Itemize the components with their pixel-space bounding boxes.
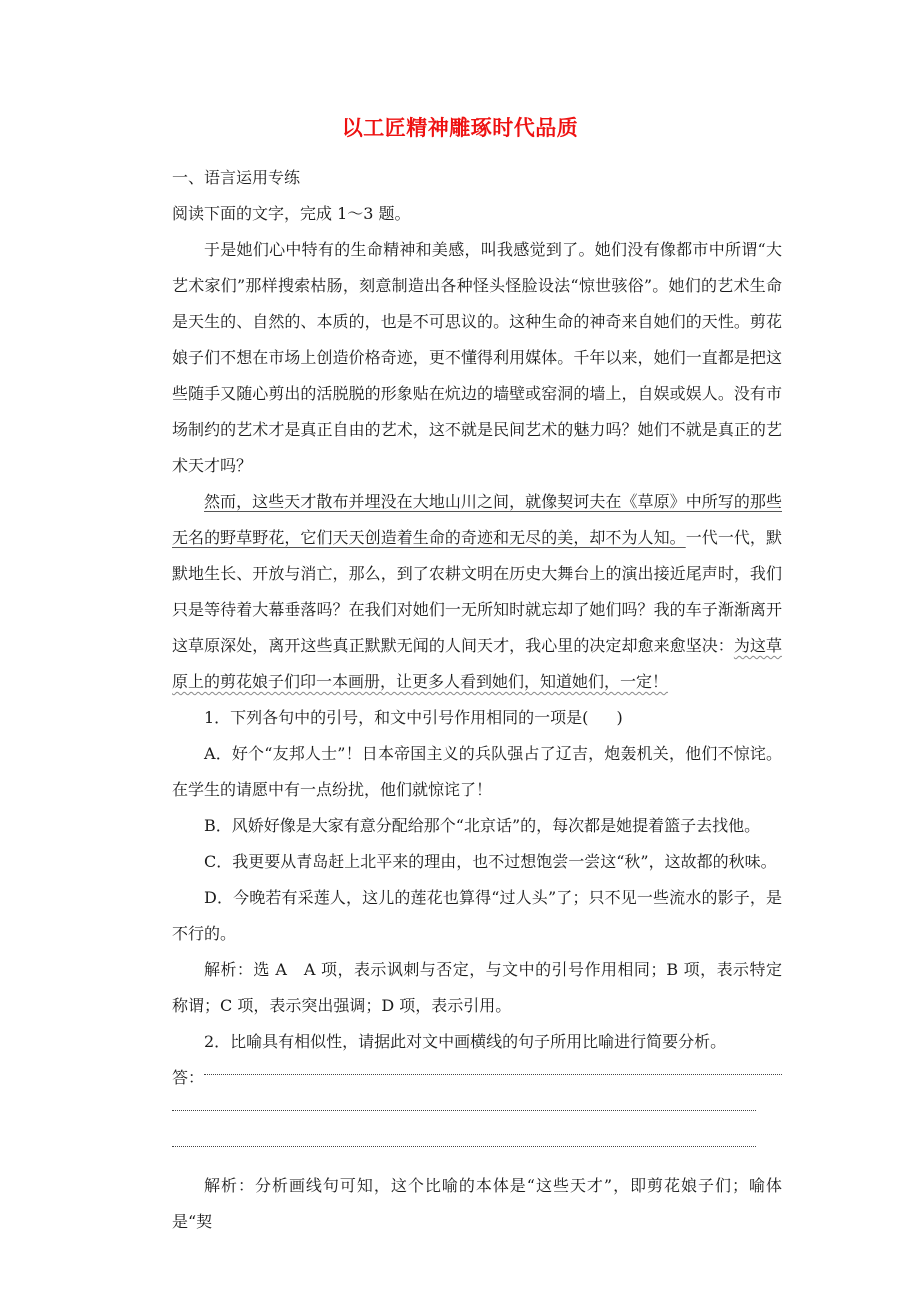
passage-paragraph-1: 于是她们心中特有的生命精神和美感，叫我感觉到了。她们没有像都市中所谓“大艺术家们… [172,232,782,484]
question-2-analysis: 解析：分析画线句可知，这个比喻的本体是“这些天才”，即剪花娘子们；喻体是“契 [172,1168,782,1240]
document-page: 以工匠精神雕琢时代品质 一、语言运用专练 阅读下面的文字，完成 1～3 题。 于… [0,0,920,1302]
option-a: A．好个“友邦人士”！日本帝国主义的兵队强占了辽吉，炮轰机关，他们不惊诧。在学生… [172,736,782,808]
answer-line-3 [172,1132,782,1168]
answer-line-2 [172,1096,782,1132]
document-body: 一、语言运用专练 阅读下面的文字，完成 1～3 题。 于是她们心中特有的生命精神… [172,160,782,1240]
question-1-analysis: 解析：选 A A 项，表示讽刺与否定，与文中的引号作用相同；B 项，表示特定称谓… [172,952,782,1024]
answer-dotted-line [172,1110,756,1111]
option-d: D．今晚若有采莲人，这儿的莲花也算得“过人头”了；只不见一些流水的影子，是不行的… [172,880,782,952]
answer-line-1: 答： [172,1060,782,1096]
passage-paragraph-2: 然而，这些天才散布并埋没在大地山川之间，就像契诃夫在《草原》中所写的那些无名的野… [172,484,782,700]
option-b: B．风娇好像是大家有意分配给那个“北京话”的，每次都是她提着篮子去找他。 [172,808,782,844]
question-1-close: ) [616,708,622,727]
document-title: 以工匠精神雕琢时代品质 [0,112,920,142]
question-2-stem: 2．比喻具有相似性，请据此对文中画横线的句子所用比喻进行简要分析。 [172,1024,782,1060]
answer-dotted-line [172,1146,756,1147]
answer-label: 答： [172,1060,204,1096]
instruction: 阅读下面的文字，完成 1～3 题。 [172,196,782,232]
question-1-text: 1．下列各句中的引号，和文中引号作用相同的一项是( [204,708,588,727]
passage-text: 一代一代，默默地生长、开放与消亡，那么，到了农耕文明在历史大舞台上的演出接近尾声… [172,528,782,655]
option-c: C．我更要从青岛赶上北平来的理由，也不过想饱尝一尝这“秋”，这故都的秋味。 [172,844,782,880]
question-1-stem: 1．下列各句中的引号，和文中引号作用相同的一项是() [172,700,782,736]
answer-dotted-line [204,1074,782,1075]
section-heading: 一、语言运用专练 [172,160,782,196]
